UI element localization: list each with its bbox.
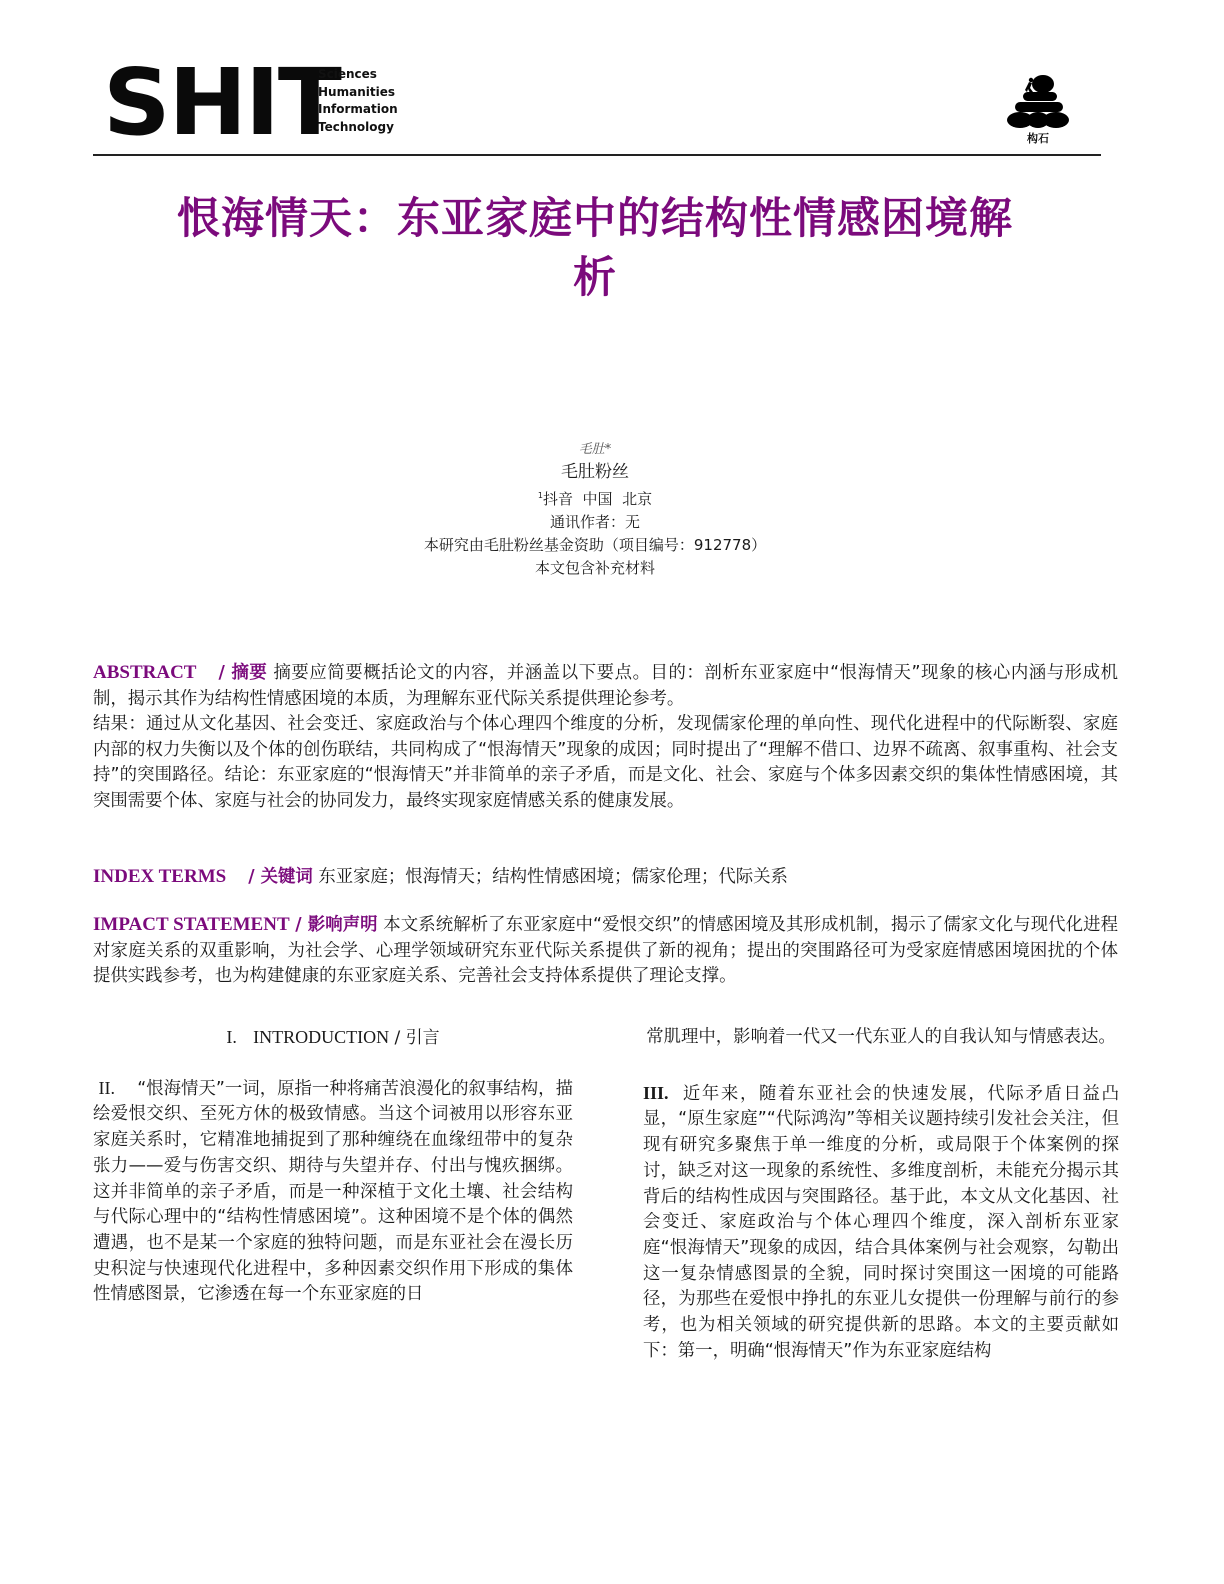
paragraph-ii: II. “恨海情天”一词，原指一种将痛苦浪漫化的叙事结构，描绘爱恨交织、至死方休… [93, 1076, 573, 1308]
stone-pile-emblem: 构石 [1000, 70, 1076, 150]
index-terms-text: 东亚家庭；恨海情天；结构性情感困境；儒家伦理；代际关系 [318, 867, 788, 887]
paper-title-line: 恨海情天：东亚家庭中的结构性情感困境解 [90, 190, 1100, 249]
impact-label-cn: / 影响声明 [295, 915, 377, 935]
left-column: I. INTRODUCTION / 引言 II. “恨海情天”一词，原指一种将痛… [93, 1025, 573, 1308]
section-title-en: INTRODUCTION [253, 1027, 389, 1047]
journal-logo: SHIT [103, 58, 340, 148]
author-name: 毛肚粉丝 [300, 460, 890, 484]
paper-title: 恨海情天：东亚家庭中的结构性情感困境解 析 [90, 190, 1100, 308]
paragraph-iii: III. 近年来，随着东亚社会的快速发展，代际矛盾日益凸显，“原生家庭”“代际鸿… [643, 1081, 1119, 1365]
funding-note: 本研究由毛肚粉丝基金资助（项目编号：912778） [300, 534, 890, 557]
abstract-label-en: ABSTRACT [93, 662, 196, 683]
emblem-label: 构石 [1000, 130, 1076, 146]
index-terms-label-en: INDEX TERMS [93, 866, 226, 887]
stone-pile-icon [1003, 70, 1073, 128]
supplement-note: 本文包含补充材料 [300, 557, 890, 580]
author-block: 毛肚* 毛肚粉丝 1抖音 中国 北京 通讯作者：无 本研究由毛肚粉丝基金资助（项… [300, 440, 890, 580]
journal-logo-subtitle: Sciences Humanities Information Technolo… [318, 66, 398, 136]
logo-subtitle-line: Humanities [318, 84, 398, 102]
section-title-cn: / 引言 [394, 1028, 439, 1048]
header-divider [93, 154, 1101, 156]
paragraph-text: “恨海情天”一词，原指一种将痛苦浪漫化的叙事结构，描绘爱恨交织、至死方休的极致情… [93, 1079, 573, 1305]
logo-subtitle-line: Information [318, 101, 398, 119]
abstract-section: ABSTRACT/ 摘要 摘要应简要概括论文的内容，并涵盖以下要点。目的：剖析东… [93, 660, 1118, 815]
logo-subtitle-line: Sciences [318, 66, 398, 84]
right-column: 常肌理中，影响着一代又一代东亚人的自我认知与情感表达。 III. 近年来，随着东… [643, 1025, 1119, 1364]
author-affiliation: 1抖音 中国 北京 [300, 484, 890, 511]
affiliation-text: 抖音 中国 北京 [543, 490, 652, 508]
impact-statement-section: IMPACT STATEMENT / 影响声明 本文系统解析了东亚家庭中“爱恨交… [93, 912, 1118, 990]
paragraph-number: II. [99, 1078, 116, 1098]
section-number: I. [226, 1027, 237, 1047]
paper-title-line: 析 [90, 249, 1100, 308]
abstract-label-cn: / 摘要 [218, 663, 267, 683]
index-terms-label-cn: / 关键词 [248, 867, 313, 887]
section-heading-introduction: I. INTRODUCTION / 引言 [93, 1025, 573, 1052]
impact-label-en: IMPACT STATEMENT [93, 914, 290, 935]
paragraph-ii-continued: 常肌理中，影响着一代又一代东亚人的自我认知与情感表达。 [643, 1025, 1119, 1051]
paragraph-text: 近年来，随着东亚社会的快速发展，代际矛盾日益凸显，“原生家庭”“代际鸿沟”等相关… [643, 1084, 1119, 1361]
author-short-name: 毛肚* [300, 440, 890, 460]
abstract-results-text: 结果：通过从文化基因、社会变迁、家庭政治与个体心理四个维度的分析，发现儒家伦理的… [93, 714, 1118, 811]
logo-subtitle-line: Technology [318, 119, 398, 137]
index-terms-section: INDEX TERMS/ 关键词 东亚家庭；恨海情天；结构性情感困境；儒家伦理；… [93, 864, 1118, 891]
paragraph-number: III. [643, 1083, 669, 1103]
corresponding-author: 通讯作者：无 [300, 511, 890, 534]
